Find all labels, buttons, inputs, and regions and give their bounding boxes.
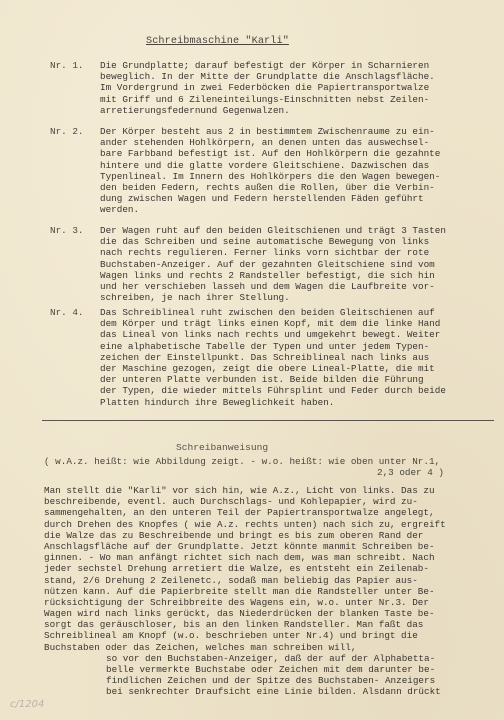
horizontal-divider xyxy=(42,420,494,421)
text-line: und her verschieben lasseh und dem Wagen… xyxy=(100,281,500,292)
text-line: das Lineal von links nach rechts und umg… xyxy=(100,329,500,340)
text-line-indented: belle vermerkte Buchstabe oder Zeichen m… xyxy=(44,664,500,675)
text-line: Wagen wird nach links gerückt, das Niede… xyxy=(44,608,500,619)
text-line: Man stellt die "Karli" vor sich hin, wie… xyxy=(44,485,500,496)
text-line: arretierungsfedernund Gegenwalzen. xyxy=(100,105,500,116)
text-line: hintere und die glatte vordere Gleitschi… xyxy=(100,160,500,171)
abbreviation-legend: ( w.A.z. heißt: wie Abbildung zeigt. - w… xyxy=(44,456,500,478)
text-line: Schreiblineal am Knopf (w.o. beschrieben… xyxy=(44,630,500,641)
text-line: Die Grundplatte; darauf befestigt der Kö… xyxy=(100,60,500,71)
text-line: ginnen. - Wo man anfängt richtet sich na… xyxy=(44,552,500,563)
text-line: ander stehenden Hohlkörpern, an denen un… xyxy=(100,137,500,148)
section-body: Der Wagen ruht auf den beiden Gleitschie… xyxy=(100,225,500,303)
text-line: schreiben, je nach ihrer Stellung. xyxy=(100,292,500,303)
instructions-title: Schreibanweisung xyxy=(176,442,268,453)
text-line: Im Vordergrund in zwei Federböcken die P… xyxy=(100,82,500,93)
legend-line: ( w.A.z. heißt: wie Abbildung zeigt. - w… xyxy=(44,456,500,467)
text-line-indented: findlichen Zeichen und der Spitze des Bu… xyxy=(44,675,500,686)
text-line: beweglich. In der Mitte der Grundplatte … xyxy=(100,71,500,82)
section-number: Nr. 2. xyxy=(50,126,83,137)
text-line: den beiden Federn, rechts außen die Roll… xyxy=(100,182,500,193)
section-body: Das Schreiblineal ruht zwischen den beid… xyxy=(100,307,500,408)
text-line: beschreibende, eventl. auch Durchschlags… xyxy=(44,496,500,507)
section-body: Die Grundplatte; darauf befestigt der Kö… xyxy=(100,60,500,116)
text-line: dung zwischen Wagen und Federn herstelle… xyxy=(100,193,500,204)
legend-line: 2,3 oder 4 ) xyxy=(44,467,500,478)
text-line: zeichen der Einstellpunkt. Das Schreibli… xyxy=(100,352,500,363)
pencil-annotation: c/1204 xyxy=(10,699,44,710)
text-line: Das Schreiblineal ruht zwischen den beid… xyxy=(100,307,500,318)
section-number: Nr. 1. xyxy=(50,60,83,71)
instructions-body: Man stellt die "Karli" vor sich hin, wie… xyxy=(44,485,500,698)
text-line: sorgt das geräuschloser, bis an den link… xyxy=(44,619,500,630)
text-line: Der Körper besteht aus 2 in bestimmtem Z… xyxy=(100,126,500,137)
text-line-indented: so vor den Buchstaben-Anzeiger, daß der … xyxy=(44,653,500,664)
text-line: nach rechts regulieren. Ferner links vor… xyxy=(100,247,500,258)
text-line: Buchstaben oder das Zeichen, welches man… xyxy=(44,642,500,653)
text-line: dem Körper und trägt links einen Kopf, m… xyxy=(100,318,500,329)
text-line: bare Farbband befestigt ist. Auf den Hoh… xyxy=(100,148,500,159)
text-line: die das Schreiben und seine automatische… xyxy=(100,236,500,247)
text-line: stand, 2/6 Drehung 2 Zeilenetc., sodaß m… xyxy=(44,575,500,586)
section-number: Nr. 4. xyxy=(50,307,83,318)
section-number: Nr. 3. xyxy=(50,225,83,236)
text-line: mit Griff und 6 Zileneinteilungs-Einschn… xyxy=(100,94,500,105)
typewritten-page: Schreibmaschine "Karli" Nr. 1. Die Grund… xyxy=(0,0,504,720)
text-line: der Typen, die wieder mittels Führsplint… xyxy=(100,385,500,396)
text-line: Buchstaben-Anzeiger. Auf der gezahnten G… xyxy=(100,259,500,270)
text-line: durch Drehen des Knopfes ( wie A.z. rech… xyxy=(44,519,500,530)
text-line: werden. xyxy=(100,204,500,215)
text-line-indented: bei senkrechter Draufsicht eine Linie bi… xyxy=(44,686,500,697)
text-line: jeder sechstel Drehung arretiert die Wal… xyxy=(44,563,500,574)
text-line: rücksichtigung der Schreibbreite des Wag… xyxy=(44,597,500,608)
text-line: Typenlineal. Im Innern des Hohlkörpers d… xyxy=(100,171,500,182)
text-line: Wagen links und rechts 2 Randsteller bef… xyxy=(100,270,500,281)
document-title: Schreibmaschine "Karli" xyxy=(146,36,289,47)
text-line: die Walze das zu Beschreibende und bring… xyxy=(44,530,500,541)
text-line: Anschlagsfläche auf der Grundplatte. Jet… xyxy=(44,541,500,552)
text-line: der Maschine gezogen, zeigt die obere Li… xyxy=(100,363,500,374)
text-line: Platten hindurch ihre Beweglichkeit habe… xyxy=(100,397,500,408)
text-line: nützen kann. Auf die Papierbreite stellt… xyxy=(44,586,500,597)
text-line: sammengehalten, an den unteren Teil der … xyxy=(44,507,500,518)
text-line: eine alphabetische Tabelle der Typen und… xyxy=(100,341,500,352)
text-line: der unteren Platte verbunden ist. Beide … xyxy=(100,374,500,385)
text-line: Der Wagen ruht auf den beiden Gleitschie… xyxy=(100,225,500,236)
section-body: Der Körper besteht aus 2 in bestimmtem Z… xyxy=(100,126,500,216)
